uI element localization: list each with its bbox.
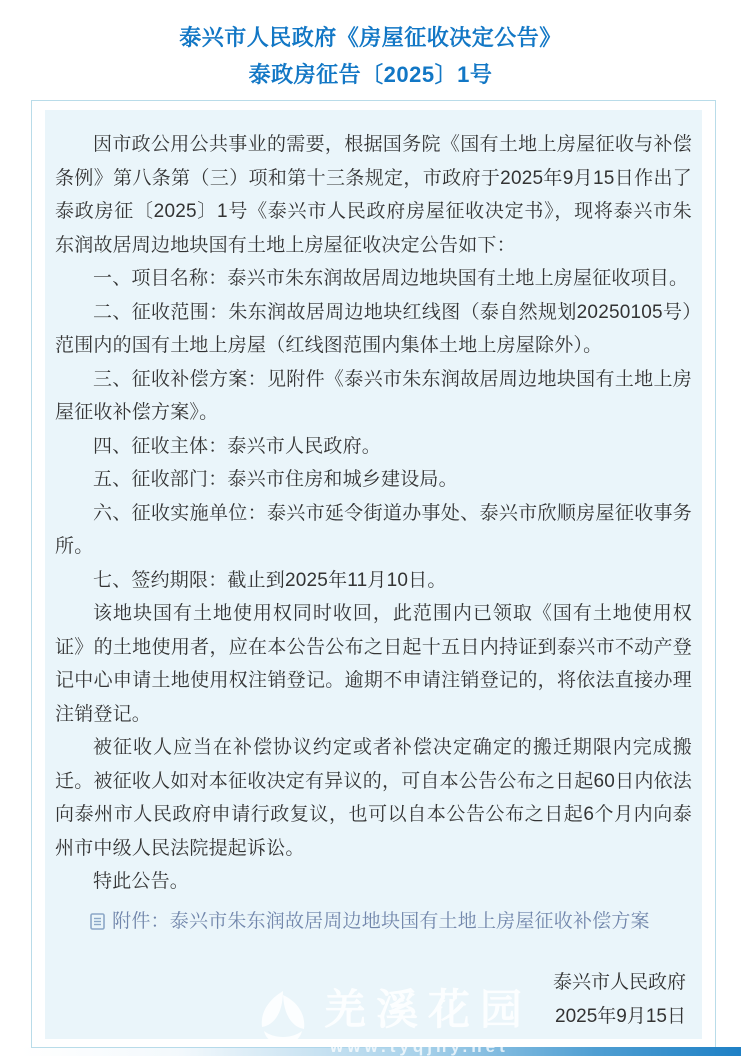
paragraph-compensation: 三、征收补偿方案：见附件《泰兴市朱东润故居周边地块国有土地上房屋征收补偿方案》。	[55, 363, 692, 430]
paragraph-scope: 二、征收范围：朱东润故居周边地块红线图（泰自然规划20250105号）范围内的国…	[55, 296, 692, 363]
paragraph-land-rights: 该地块国有土地使用权同时收回，此范围内已领取《国有土地使用权证》的土地使用者，应…	[55, 597, 692, 731]
notice-body: 因市政公用公共事业的需要，根据国务院《国有土地上房屋征收与补偿条例》第八条第（三…	[45, 110, 702, 1039]
paragraph-project-name: 一、项目名称：泰兴市朱东润故居周边地块国有土地上房屋征收项目。	[55, 262, 692, 296]
page-header: 泰兴市人民政府《房屋征收决定公告》 泰政房征告〔2025〕1号	[0, 0, 741, 89]
attachment-link[interactable]: 附件：泰兴市朱东润故居周边地块国有土地上房屋征收补偿方案	[112, 905, 650, 939]
paragraph-legal-remedy: 被征收人应当在补偿协议约定或者补偿决定确定的搬迁期限内完成搬迁。被征收人如对本征…	[55, 731, 692, 865]
attachment-link-row: 附件：泰兴市朱东润故居周边地块国有土地上房屋征收补偿方案	[55, 905, 692, 939]
notice-panel: 因市政公用公共事业的需要，根据国务院《国有土地上房屋征收与补偿条例》第八条第（三…	[31, 100, 716, 1048]
paragraph-closing: 特此公告。	[55, 865, 692, 899]
paragraph-department: 五、征收部门：泰兴市住房和城乡建设局。	[55, 463, 692, 497]
bottom-gradient-bar	[20, 1047, 741, 1056]
paragraph-implementer: 六、征收实施单位：泰兴市延令街道办事处、泰兴市欣顺房屋征收事务所。	[55, 497, 692, 564]
document-icon	[90, 913, 105, 930]
attachment-label: 附件：	[112, 911, 170, 932]
announcement-page: 泰兴市人民政府《房屋征收决定公告》 泰政房征告〔2025〕1号 因市政公用公共事…	[0, 0, 741, 1062]
paragraph-deadline: 七、签约期限：截止到2025年11月10日。	[55, 564, 692, 598]
signature-issuer: 泰兴市人民政府	[55, 966, 686, 1000]
page-title: 泰兴市人民政府《房屋征收决定公告》	[0, 24, 741, 52]
signature-date: 2025年9月15日	[55, 1000, 686, 1034]
paragraph-intro: 因市政公用公共事业的需要，根据国务院《国有土地上房屋征收与补偿条例》第八条第（三…	[55, 128, 692, 262]
signature-block: 泰兴市人民政府 2025年9月15日	[55, 966, 692, 1033]
paragraph-subject: 四、征收主体：泰兴市人民政府。	[55, 430, 692, 464]
attachment-title: 泰兴市朱东润故居周边地块国有土地上房屋征收补偿方案	[170, 911, 650, 932]
document-number: 泰政房征告〔2025〕1号	[0, 61, 741, 89]
